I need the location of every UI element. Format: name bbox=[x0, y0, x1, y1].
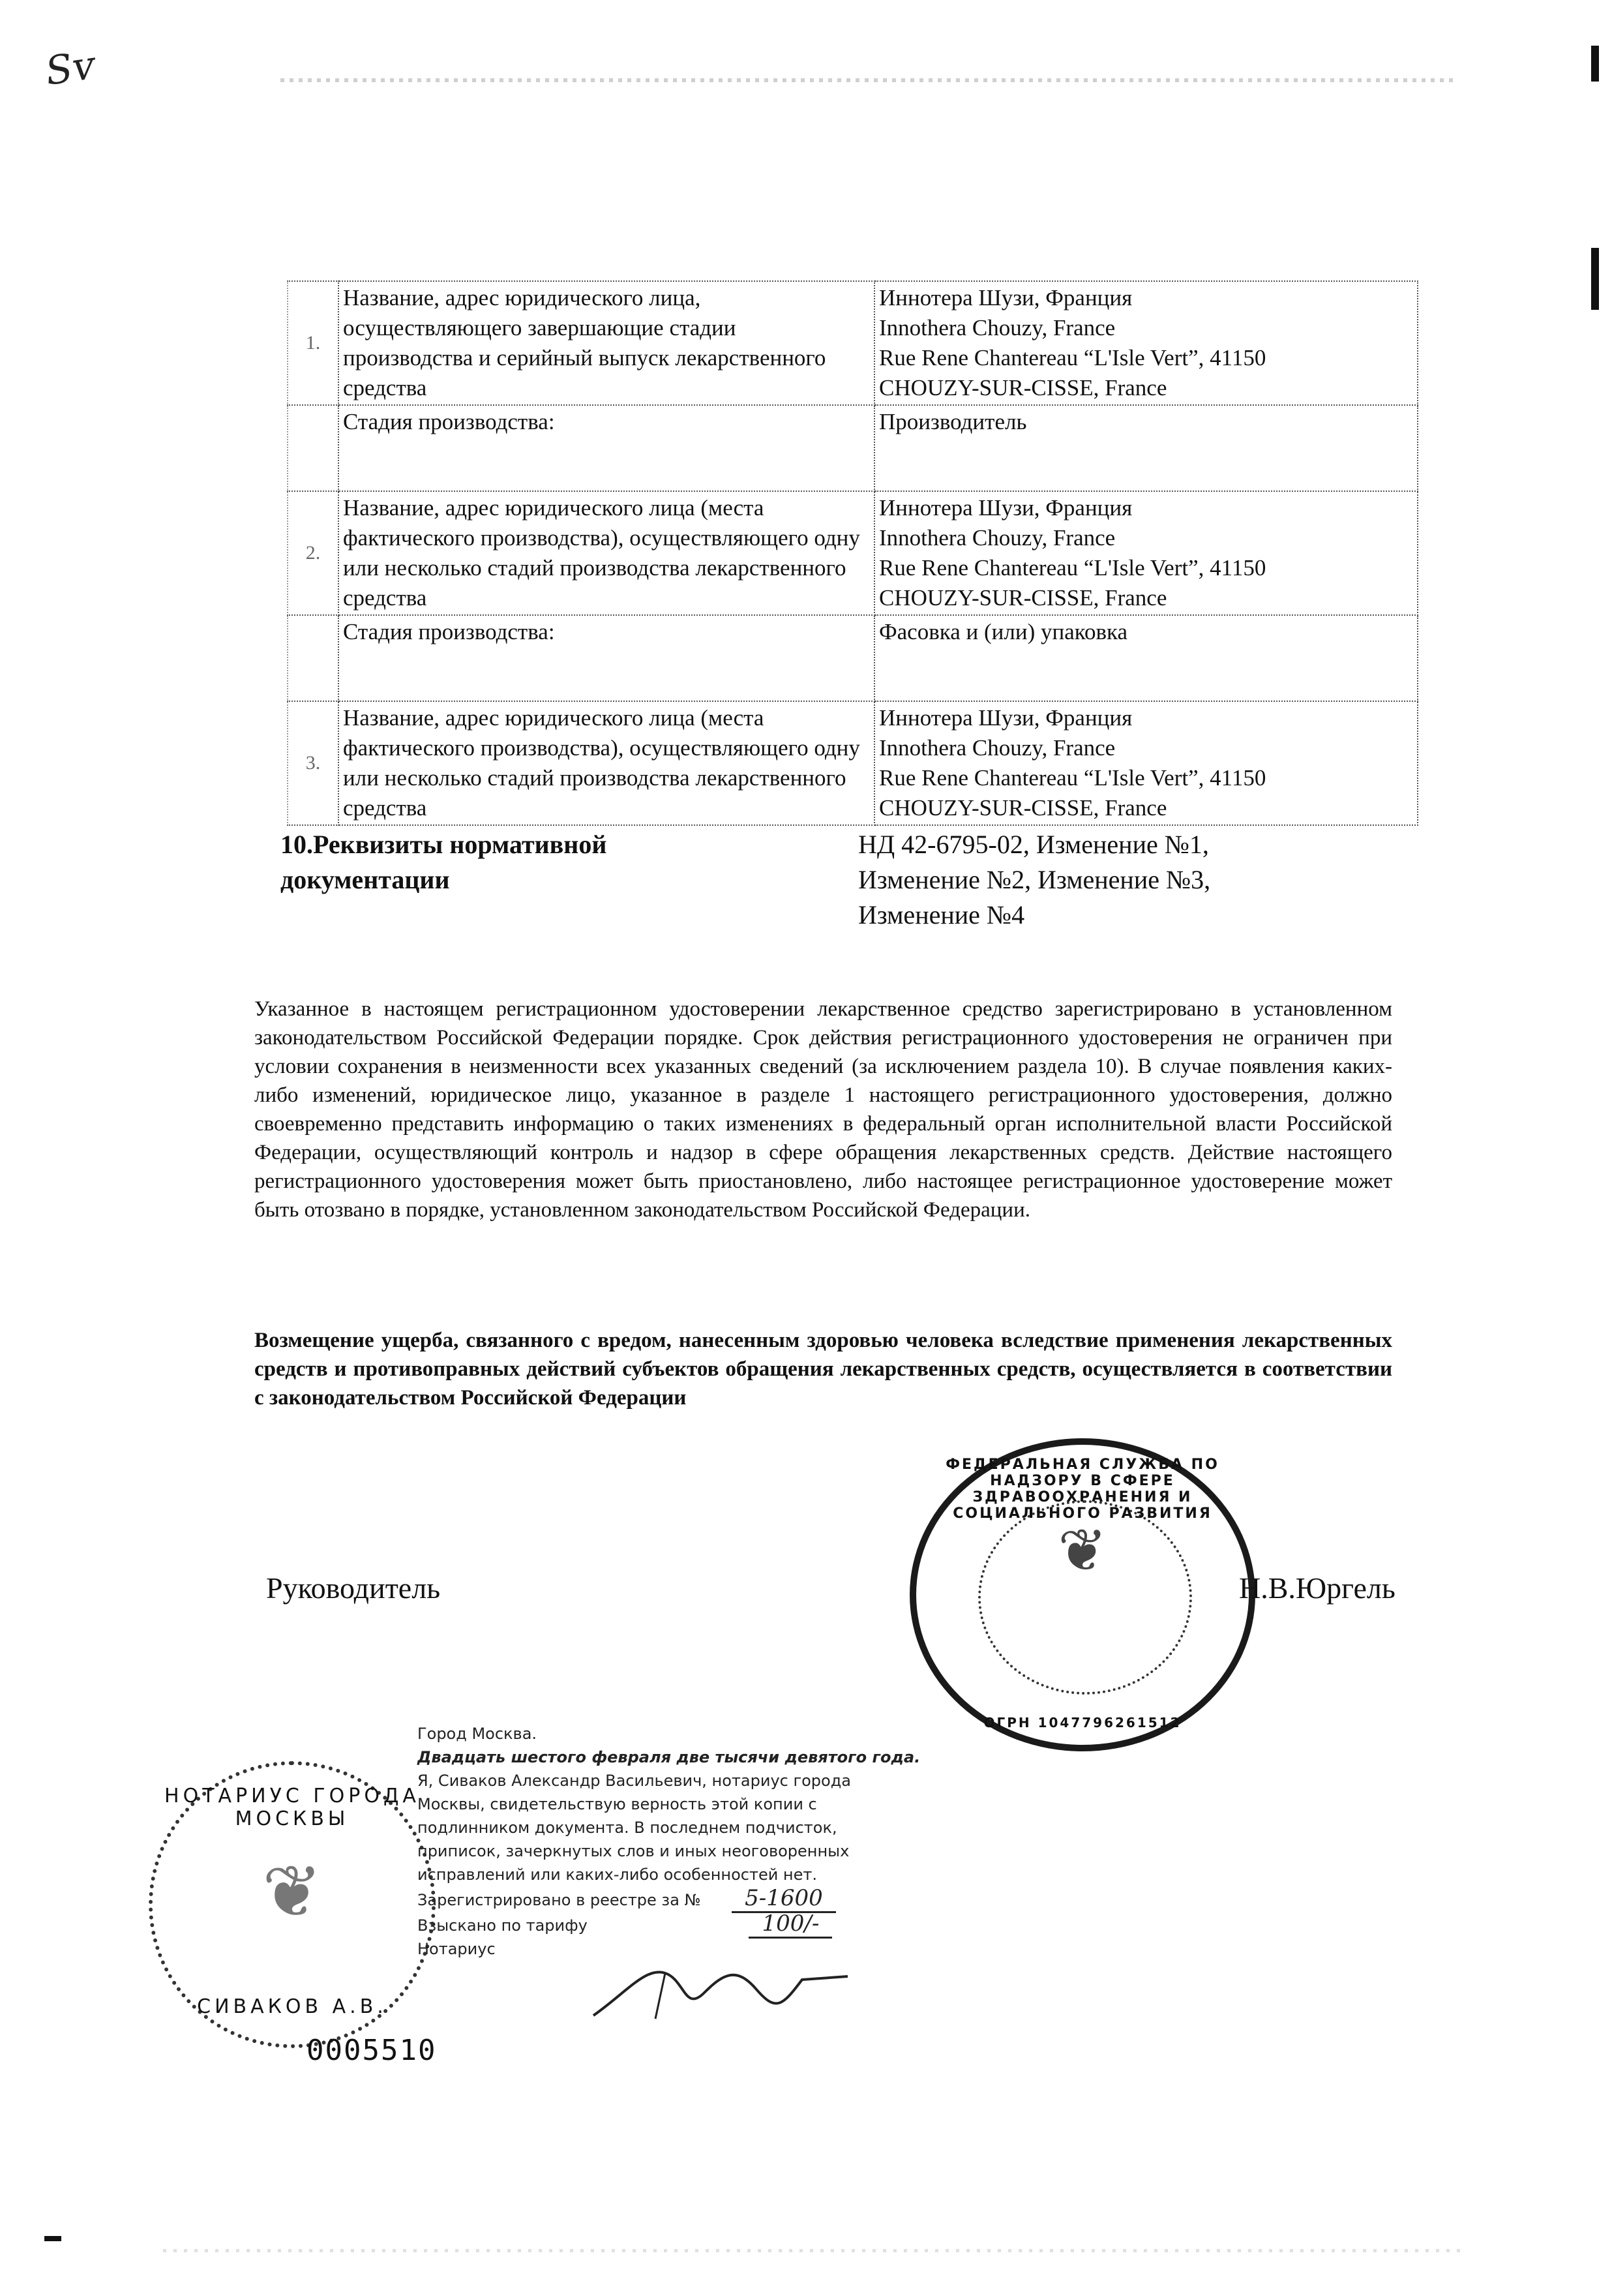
signer-title: Руководитель bbox=[266, 1571, 440, 1605]
row-number bbox=[288, 615, 338, 701]
notary-seal-ring-text: НОТАРИУС ГОРОДА МОСКВЫ bbox=[153, 1785, 432, 1830]
company-name-ru: Иннотера Шузи, Франция bbox=[879, 703, 1413, 733]
signer-name: Н.В.Юргель bbox=[1239, 1571, 1396, 1605]
manufacturer-table: 1. Название, адрес юридического лица, ос… bbox=[287, 280, 1418, 826]
scan-edge-mark bbox=[1591, 248, 1599, 310]
table-row: 3. Название, адрес юридического лица (ме… bbox=[288, 701, 1418, 825]
eagle-emblem-icon: ❦ bbox=[916, 1517, 1249, 1585]
stage-value: Производитель bbox=[874, 405, 1418, 491]
company-city: CHOUZY-SUR-CISSE, France bbox=[879, 583, 1413, 613]
company-name-en: Innothera Chouzy, France bbox=[879, 313, 1413, 343]
eagle-emblem-icon: ❦ bbox=[153, 1850, 432, 1934]
table-row: 1. Название, адрес юридического лица, ос… bbox=[288, 281, 1418, 405]
tariff-value: 100/- bbox=[749, 1911, 832, 1939]
compensation-paragraph: Возмещение ущерба, связанного с вредом, … bbox=[254, 1326, 1392, 1412]
row-number: 2. bbox=[288, 491, 338, 615]
handwritten-corner-mark: Sᴠ bbox=[42, 42, 97, 95]
certification-line: исправлений или каких-либо особенностей … bbox=[417, 1863, 991, 1886]
government-seal-stamp: ФЕДЕРАЛЬНАЯ СЛУЖБА ПО НАДЗОРУ В СФЕРЕ ЗД… bbox=[910, 1438, 1255, 1751]
company-street: Rue Rene Chantereau “L'Isle Vert”, 41150 bbox=[879, 343, 1413, 373]
row-value: Иннотера Шузи, Франция Innothera Chouzy,… bbox=[874, 281, 1418, 405]
scan-edge-mark bbox=[1591, 46, 1599, 82]
stage-label: Стадия производства: bbox=[338, 405, 874, 491]
notary-signature bbox=[587, 1954, 861, 2025]
registry-number: 5-1600 bbox=[732, 1885, 836, 1913]
registry-line: Зарегистрировано в реестре за № 5-1600 bbox=[417, 1886, 991, 1912]
tariff-line: Взыскано по тарифу 100/- bbox=[417, 1912, 991, 1937]
company-street: Rue Rene Chantereau “L'Isle Vert”, 41150 bbox=[879, 763, 1413, 793]
seal-ring-text: ФЕДЕРАЛЬНАЯ СЛУЖБА ПО НАДЗОРУ В СФЕРЕ ЗД… bbox=[916, 1457, 1249, 1522]
serial-number: 0005510 bbox=[306, 2034, 436, 2067]
certification-line: подлинником документа. В последнем подчи… bbox=[417, 1816, 991, 1839]
row-label: Название, адрес юридического лица (места… bbox=[338, 701, 874, 825]
section-10-label: 10.Реквизиты нормативной документации bbox=[280, 827, 724, 898]
company-name-en: Innothera Chouzy, France bbox=[879, 523, 1413, 553]
row-number: 3. bbox=[288, 701, 338, 825]
row-number bbox=[288, 405, 338, 491]
row-value: Иннотера Шузи, Франция Innothera Chouzy,… bbox=[874, 491, 1418, 615]
registry-label: Зарегистрировано в реестре за № bbox=[417, 1891, 700, 1909]
certification-line: Москвы, свидетельствую верность этой коп… bbox=[417, 1792, 991, 1816]
company-name-en: Innothera Chouzy, France bbox=[879, 733, 1413, 763]
scan-noise-top bbox=[280, 78, 1454, 82]
notary-seal-name: СИВАКОВ А.В. bbox=[153, 1995, 432, 2018]
company-city: CHOUZY-SUR-CISSE, France bbox=[879, 373, 1413, 403]
notary-city: Город Москва. bbox=[417, 1722, 991, 1745]
stage-value: Фасовка и (или) упаковка bbox=[874, 615, 1418, 701]
company-name-ru: Иннотера Шузи, Франция bbox=[879, 493, 1413, 523]
tariff-label: Взыскано по тарифу bbox=[417, 1916, 588, 1935]
certification-line: приписок, зачеркнутых слов и иных неогов… bbox=[417, 1839, 991, 1863]
stage-label: Стадия производства: bbox=[338, 615, 874, 701]
table-row: 2. Название, адрес юридического лица (ме… bbox=[288, 491, 1418, 615]
company-city: CHOUZY-SUR-CISSE, France bbox=[879, 793, 1413, 823]
company-name-ru: Иннотера Шузи, Франция bbox=[879, 283, 1413, 313]
validity-paragraph: Указанное в настоящем регистрационном уд… bbox=[254, 995, 1392, 1224]
notary-date: Двадцать шестого февраля две тысячи девя… bbox=[417, 1745, 991, 1769]
row-label: Название, адрес юридического лица, осуще… bbox=[338, 281, 874, 405]
scan-edge-mark bbox=[44, 2236, 61, 2241]
certification-line: Я, Сиваков Александр Васильевич, нотариу… bbox=[417, 1769, 991, 1792]
company-street: Rue Rene Chantereau “L'Isle Vert”, 41150 bbox=[879, 553, 1413, 583]
section-10-value: НД 42-6795-02, Изменение №1, Изменение №… bbox=[858, 827, 1328, 933]
table-row-stage: Стадия производства: Производитель bbox=[288, 405, 1418, 491]
row-value: Иннотера Шузи, Франция Innothera Chouzy,… bbox=[874, 701, 1418, 825]
notary-certification: Город Москва. Двадцать шестого февраля д… bbox=[417, 1722, 991, 1961]
table-row-stage: Стадия производства: Фасовка и (или) упа… bbox=[288, 615, 1418, 701]
row-number: 1. bbox=[288, 281, 338, 405]
row-label: Название, адрес юридического лица (места… bbox=[338, 491, 874, 615]
scan-noise-bottom bbox=[163, 2249, 1467, 2252]
notary-seal-stamp: НОТАРИУС ГОРОДА МОСКВЫ ❦ СИВАКОВ А.В. bbox=[149, 1761, 436, 2048]
